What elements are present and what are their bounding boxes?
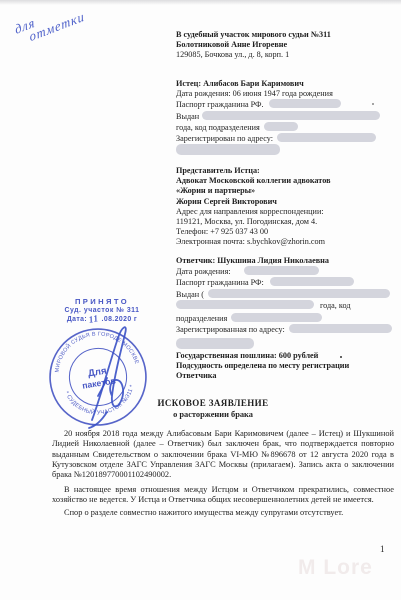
- plaintiff-name-line: Истец: Алибасов Бари Каримович: [176, 79, 397, 89]
- redacted-text: [264, 122, 298, 131]
- stamp-court-line: Суд. участок № 311: [58, 306, 146, 315]
- defendant-issued-line: Выдан (: [176, 289, 397, 300]
- plaintiff-passport-line: Паспорт гражданина РФ.: [176, 99, 397, 110]
- representative-block: Представитель Истца: Адвокат Московской …: [176, 166, 397, 248]
- handwritten-word: отметки: [28, 10, 85, 43]
- redacted-text: [231, 313, 322, 322]
- address-label: Зарегистрирован по адресу:: [176, 134, 273, 143]
- plaintiff-address-line: Зарегистрирован по адресу:: [176, 133, 397, 144]
- redacted-text: [244, 266, 319, 275]
- defendant-dob-line: Дата рождения:: [176, 266, 397, 277]
- defendant-name-line: Ответчик: Шукшина Лидия Николаевна: [176, 256, 397, 266]
- redacted-text: [208, 289, 390, 298]
- redacted-text: [176, 144, 280, 155]
- redacted-text: [270, 277, 354, 286]
- body-paragraph-1: 20 ноября 2018 года между Алибасовым Бар…: [52, 429, 394, 481]
- defendant-address-line: Зарегистрированная по адресу:: [176, 324, 397, 335]
- representative-email-line: Электронная почта: s.bychkov@zhorin.com: [176, 237, 397, 247]
- scanned-court-document-page: для отметки В судебный участок мирового …: [0, 0, 401, 600]
- representative-addr-line: 119121, Москва, ул. Погодинская, дом 4.: [176, 217, 397, 227]
- code-suffix-label: года, код: [320, 301, 351, 310]
- watermark-text: M Lore: [298, 556, 373, 580]
- document-title: ИСКОВОЕ ЗАЯВЛЕНИЕ о расторжении брака: [28, 398, 398, 420]
- unit-label: года, код подразделения: [176, 123, 260, 132]
- jurisdiction-line1: Подсудность определена по месту регистра…: [176, 361, 397, 371]
- redacted-text: [289, 324, 392, 333]
- scan-speck: [372, 103, 374, 105]
- handwritten-margin-note: для отметки: [14, 0, 86, 48]
- document-title-line1: ИСКОВОЕ ЗАЯВЛЕНИЕ: [28, 398, 398, 409]
- representative-org-line: Адвокат Московской коллегии адвокатов: [176, 176, 397, 186]
- jurisdiction-line2: Ответчика: [176, 371, 397, 381]
- plaintiff-issued-line: Выдан: [176, 111, 397, 122]
- page-number: 1: [380, 544, 385, 554]
- issued-label: Выдан (: [176, 290, 204, 299]
- redacted-text: [176, 338, 254, 349]
- plaintiff-unit-line: года, код подразделения: [176, 122, 397, 133]
- representative-addr-label-line: Адрес для направления корреспонденции:: [176, 207, 397, 217]
- plaintiff-block: Истец: Алибасов Бари Каримович Дата рожд…: [176, 79, 397, 157]
- representative-title-line: Представитель Истца:: [176, 166, 397, 176]
- fee-block: Государственная пошлина: 600 рублей Подс…: [176, 351, 397, 382]
- representative-phone-line: Телефон: +7 925 037 43 00: [176, 227, 397, 237]
- court-header-block: В судебный участок мирового судьи №311 Б…: [176, 30, 397, 61]
- dob-label: Дата рождения:: [176, 267, 231, 276]
- document-title-line2: о расторжении брака: [28, 409, 398, 420]
- court-address-line: 129085, Бочкова ул., д. 8, корп. 1: [176, 50, 397, 60]
- scan-artifact-band: [0, 0, 401, 5]
- court-name-line: В судебный участок мирового судьи №311: [176, 30, 397, 40]
- body-paragraph-2: В настоящее время отношения между Истцом…: [52, 485, 394, 506]
- body-paragraph-3: Спор о разделе совместно нажитого имущес…: [52, 508, 394, 518]
- issued-label: Выдан: [176, 112, 199, 121]
- plaintiff-dob-line: Дата рождения: 06 июня 1947 года рождени…: [176, 89, 397, 99]
- judge-name-line: Болотниковой Анне Игоревне: [176, 40, 397, 50]
- plaintiff-address-line2: [176, 144, 397, 157]
- defendant-passport-line: Паспорт гражданина РФ:: [176, 277, 397, 288]
- redacted-text: [269, 99, 341, 108]
- redacted-text: [176, 300, 314, 309]
- defendant-block: Ответчик: Шукшина Лидия Николаевна Дата …: [176, 256, 397, 352]
- defendant-unit-line: подразделения: [176, 313, 397, 324]
- passport-label: Паспорт гражданина РФ.: [176, 100, 264, 109]
- unit-label: подразделения: [176, 314, 227, 323]
- representative-name-line: Жорин Сергей Викторович: [176, 197, 397, 207]
- stamp-accepted-line: ПРИНЯТО: [58, 297, 146, 306]
- fee-line: Государственная пошлина: 600 рублей: [176, 351, 397, 361]
- defendant-address-line2: [176, 338, 397, 351]
- address-label: Зарегистрированная по адресу:: [176, 325, 285, 334]
- scan-speck: [340, 356, 342, 358]
- document-body: 20 ноября 2018 года между Алибасовым Бар…: [52, 429, 394, 519]
- passport-label: Паспорт гражданина РФ:: [176, 278, 264, 287]
- defendant-issued-line2: года, код: [176, 300, 397, 311]
- representative-org-name-line: «Жорин и партнеры»: [176, 186, 397, 196]
- redacted-text: [277, 133, 376, 142]
- redacted-text: [202, 111, 380, 120]
